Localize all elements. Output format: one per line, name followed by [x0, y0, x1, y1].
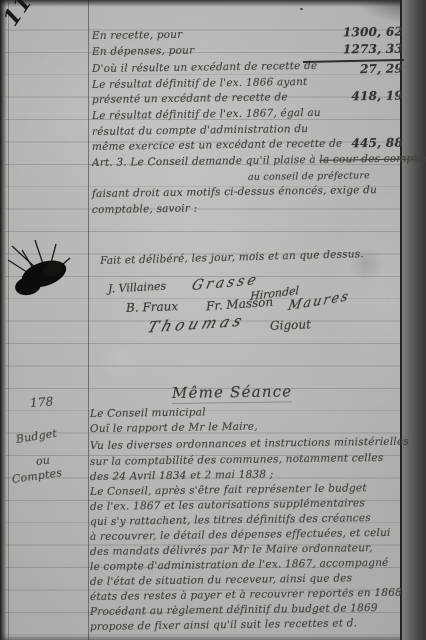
ledger-line: présenté un excédant de recette de — [92, 91, 288, 106]
margin-note-budget: Budget — [15, 427, 58, 446]
amount-excedant: 27, 29 — [295, 61, 403, 77]
session-line: Ouï le rapport de Mr le Maire, — [90, 421, 258, 435]
signature: Thoumas — [145, 311, 248, 336]
session-line: propose de fixer ainsi qu'il suit les re… — [90, 617, 357, 633]
closing-formula: Fait et délibéré, les jour, mois et an q… — [100, 248, 364, 267]
ledger-line: Le résultat définitif de l'ex. 1867, éga… — [92, 107, 321, 122]
amount-recettes: 1300, 62 — [295, 24, 403, 40]
session-line: états des restes à payer et à recouvrer … — [90, 587, 402, 603]
article-3-line: Art. 3. Le Conseil demande qu'il plaise … — [92, 152, 426, 169]
session-line: de l'état de situation du receveur, ains… — [90, 572, 352, 588]
ledger-line: Le résultat définitif de l'ex. 1866 ayan… — [92, 76, 308, 91]
session-heading: Même Séance — [172, 382, 293, 404]
session-line: Procédant au règlement définitif du budg… — [90, 602, 378, 618]
ledger-line: En dépenses, pour — [92, 45, 194, 58]
margin-note-ou: ou — [35, 454, 50, 468]
margin-entry-number: 178 — [30, 394, 54, 410]
amount-excedant-1867: 445, 88 — [295, 135, 403, 151]
article-3-insertion: au conseil de préfecture — [248, 170, 370, 183]
ledger-line: D'où il résulte un excédant de recette d… — [92, 60, 318, 75]
session-line: Le Conseil, après s'être fait représente… — [90, 482, 367, 498]
ink-speck — [300, 8, 303, 10]
signature: Fr. Masson — [206, 295, 274, 314]
session-line: sur la comptabilité des communes, notamm… — [90, 452, 384, 468]
session-line: des 24 Avril 1834 et 2 mai 1838 ; — [90, 468, 274, 483]
signature: Gigout — [270, 317, 311, 332]
session-line: des mandats délivrés par Mr le Maire ord… — [90, 542, 373, 558]
amount-depenses: 1273, 33 — [295, 41, 403, 57]
register-page: 118 En recette, pour En dépenses, pour D… — [0, 0, 426, 640]
margin-rule-line — [88, 0, 89, 640]
ledger-line: résultat du compte d'administration du — [92, 123, 308, 138]
session-line: le compte d'administration de l'ex. 1867… — [90, 557, 389, 573]
page-edge-bottom — [0, 635, 426, 640]
session-line: Le Conseil municipal — [90, 406, 206, 420]
margin-note-comptes: Comptes — [11, 466, 63, 486]
article-3-struck-text: la cour des comptes — [319, 152, 426, 166]
binding-gutter — [402, 0, 426, 640]
signature: J. Villaines — [108, 279, 167, 295]
session-line: à recouvrer, le détail des dépenses effe… — [90, 527, 391, 543]
article-3-prefix: Art. 3. Le Conseil demande qu'il plaise … — [92, 154, 320, 169]
article-3-line2: faisant droit aux motifs ci-dessus énonc… — [92, 184, 377, 200]
page-edge-left-line — [8, 0, 9, 640]
session-line: de l'ex. 1867 et les autorisations suppl… — [90, 497, 365, 513]
session-line: qui s'y rattachent, les titres définitif… — [90, 512, 371, 528]
ink-blot — [4, 236, 76, 312]
signature: B. Fraux — [126, 299, 179, 315]
article-3-line3: comptable, savoir : — [92, 203, 197, 216]
ledger-line: En recette, pour — [92, 29, 183, 42]
amount-excedant-1866: 418, 19 — [295, 88, 403, 104]
session-line: Vu les diverses ordonnances et instructi… — [90, 436, 409, 452]
page-edge-left — [0, 0, 7, 640]
